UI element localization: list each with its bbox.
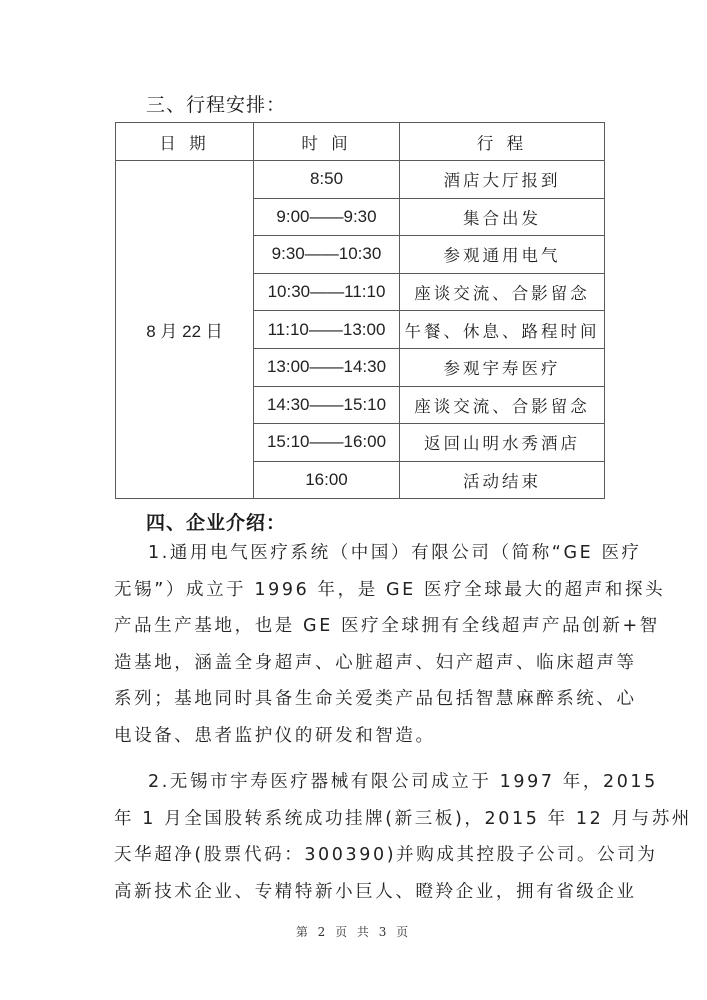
time-cell: 16:00: [254, 461, 400, 499]
section-heading-schedule: 三、行程安排：: [146, 90, 286, 117]
time-cell: 14:30——15:10: [254, 386, 400, 424]
itinerary-cell: 座谈交流、合影留念: [400, 386, 605, 424]
paragraph-line: 年 1 月全国股转系统成功挂牌(新三板)，2015 年 12 月与苏州: [114, 801, 604, 838]
time-cell: 8:50: [254, 161, 400, 199]
paragraph-line: 天华超净(股票代码：300390)并购成其控股子公司。公司为: [114, 837, 604, 874]
itinerary-cell: 酒店大厅报到: [400, 161, 605, 199]
page-number-footer: 第 2 页 共 3 页: [0, 923, 707, 940]
itinerary-cell: 午餐、休息、路程时间: [400, 311, 605, 349]
table-row: 8 月 22 日 8:50 酒店大厅报到: [116, 161, 605, 199]
itinerary-cell: 座谈交流、合影留念: [400, 273, 605, 311]
table-header-row: 日 期 时 间 行 程: [116, 123, 605, 161]
paragraph-line: 无锡”）成立于 1996 年，是 GE 医疗全球最大的超声和探头: [114, 572, 604, 609]
itinerary-cell: 活动结束: [400, 461, 605, 499]
itinerary-cell: 集合出发: [400, 198, 605, 236]
paragraph-line: 1.通用电气医疗系统（中国）有限公司（简称“GE 医疗: [114, 535, 604, 572]
section-heading-companies: 四、企业介绍：: [146, 508, 286, 535]
company-intro-paragraph-2: 2.无锡市宇寿医疗器械有限公司成立于 1997 年，2015 年 1 月全国股转…: [114, 764, 604, 910]
time-cell: 11:10——13:00: [254, 311, 400, 349]
date-cell: 8 月 22 日: [116, 161, 254, 499]
schedule-table: 日 期 时 间 行 程 8 月 22 日 8:50 酒店大厅报到 9:00——9…: [115, 122, 605, 499]
time-cell: 13:00——14:30: [254, 348, 400, 386]
time-cell: 9:30——10:30: [254, 236, 400, 274]
header-date: 日 期: [116, 123, 254, 161]
header-time: 时 间: [254, 123, 400, 161]
paragraph-line: 2.无锡市宇寿医疗器械有限公司成立于 1997 年，2015: [114, 764, 604, 801]
time-cell: 10:30——11:10: [254, 273, 400, 311]
time-cell: 15:10——16:00: [254, 424, 400, 462]
paragraph-line: 系列；基地同时具备生命关爱类产品包括智慧麻醉系统、心: [114, 681, 604, 718]
paragraph-line: 高新技术企业、专精特新小巨人、瞪羚企业，拥有省级企业: [114, 874, 604, 911]
paragraph-line: 电设备、患者监护仪的研发和智造。: [114, 718, 604, 755]
time-cell: 9:00——9:30: [254, 198, 400, 236]
paragraph-line: 产品生产基地，也是 GE 医疗全球拥有全线超声产品创新+智: [114, 608, 604, 645]
itinerary-cell: 返回山明水秀酒店: [400, 424, 605, 462]
itinerary-cell: 参观宇寿医疗: [400, 348, 605, 386]
paragraph-line: 造基地，涵盖全身超声、心脏超声、妇产超声、临床超声等: [114, 645, 604, 682]
header-itinerary: 行 程: [400, 123, 605, 161]
company-intro-paragraph-1: 1.通用电气医疗系统（中国）有限公司（简称“GE 医疗 无锡”）成立于 1996…: [114, 535, 604, 754]
itinerary-cell: 参观通用电气: [400, 236, 605, 274]
